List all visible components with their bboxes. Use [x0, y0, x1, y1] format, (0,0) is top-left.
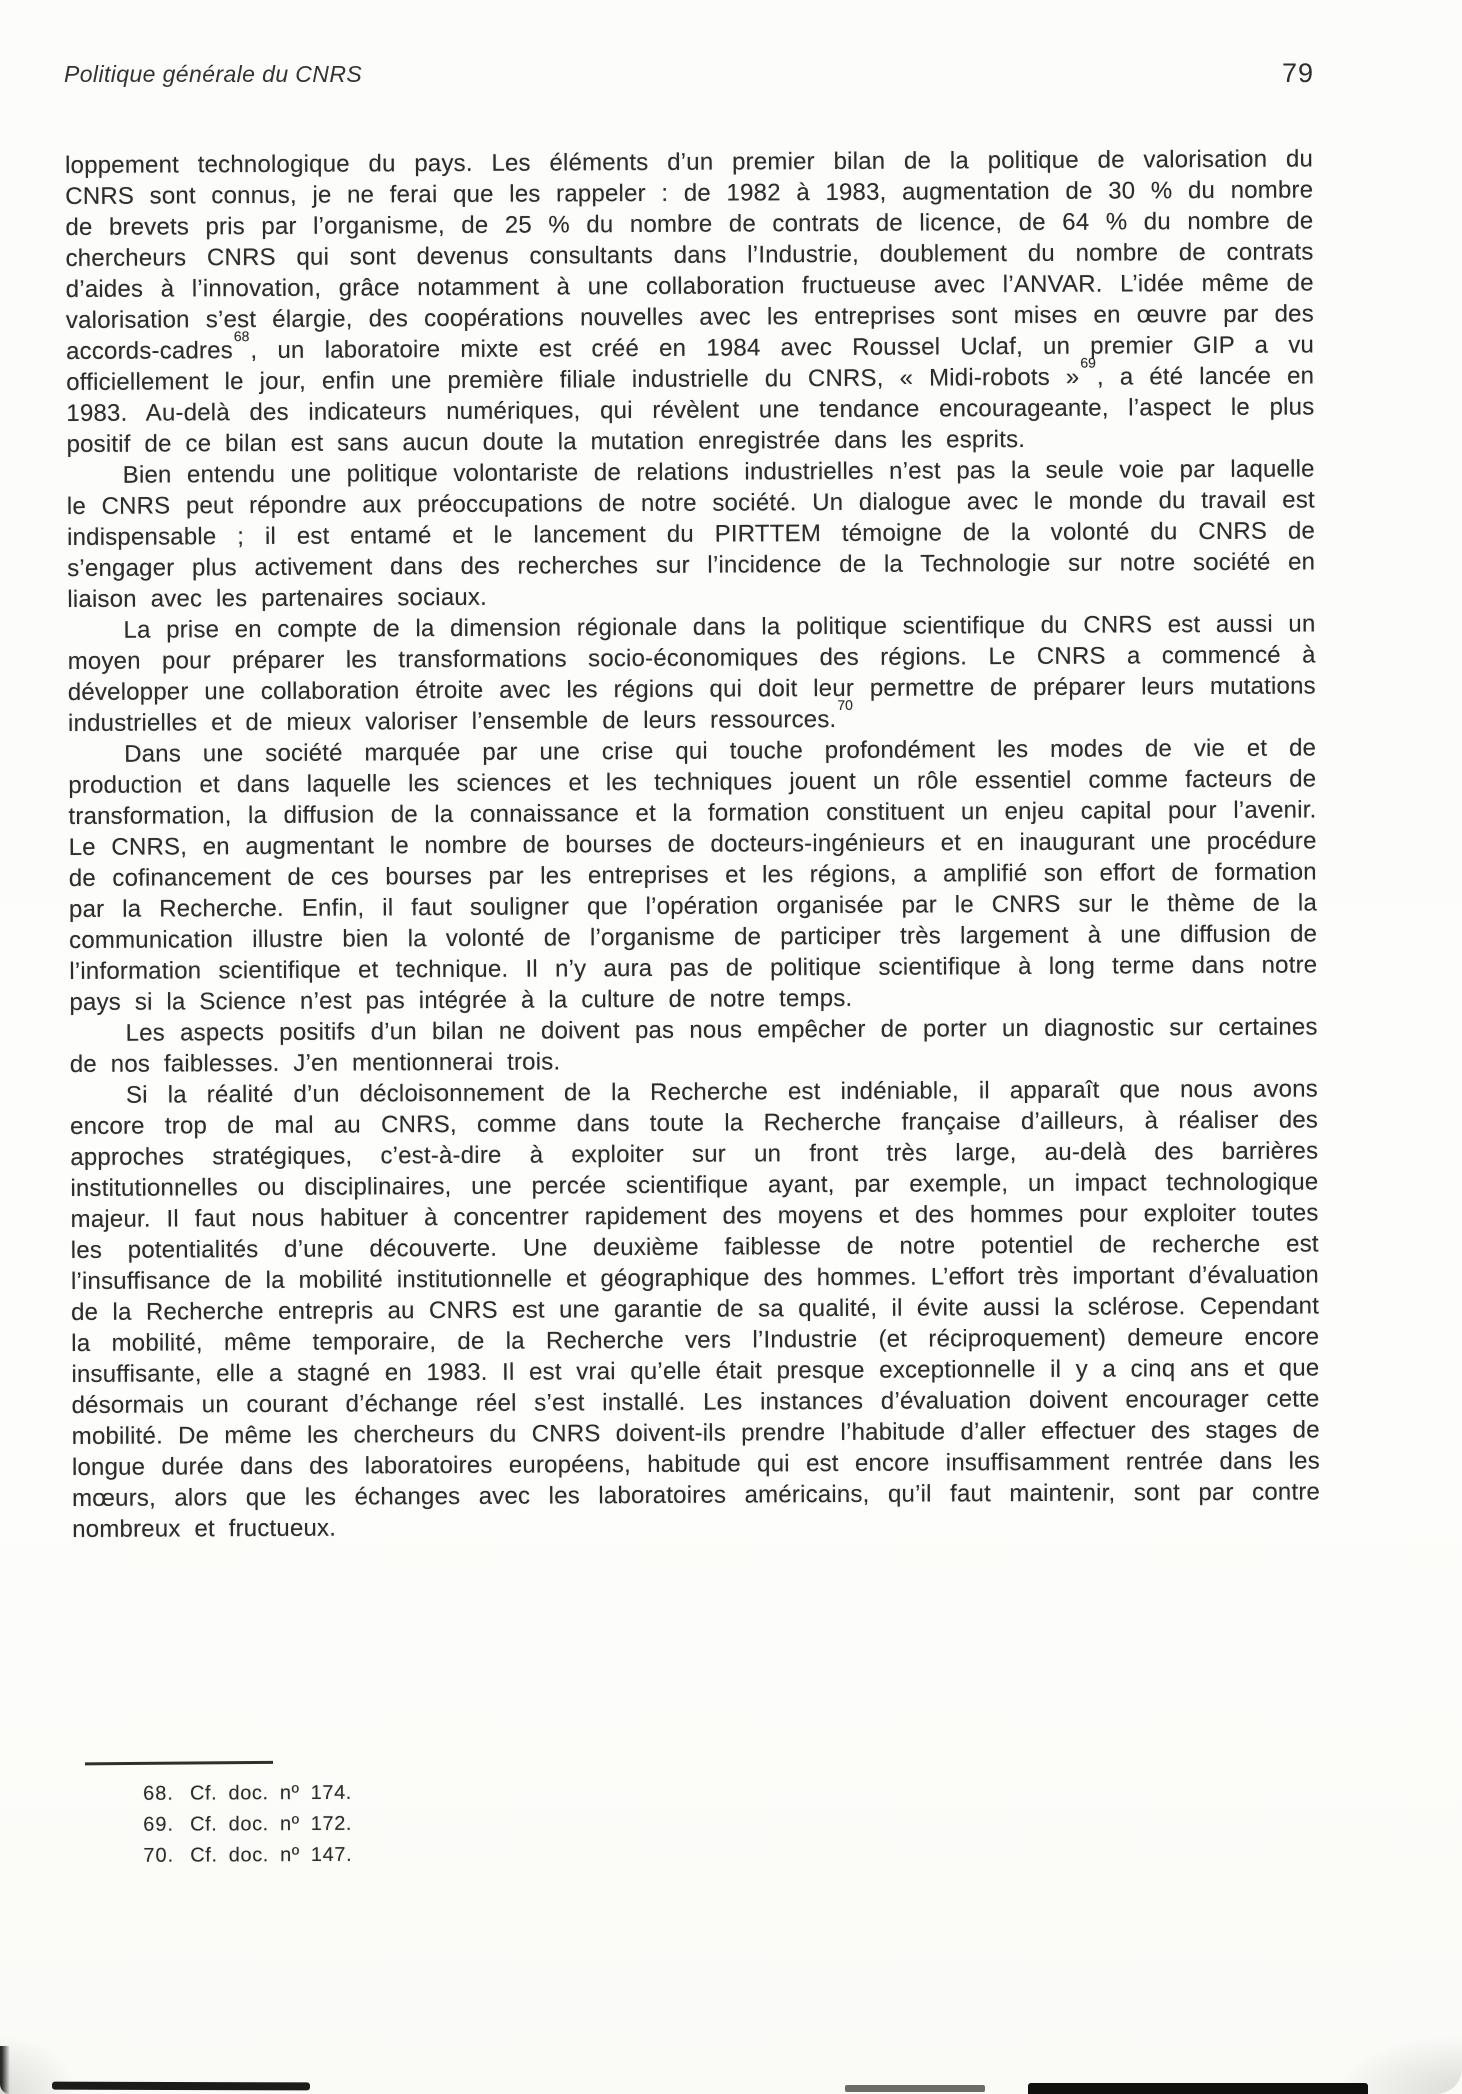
paragraph-2-text: Bien entendu une politique volontariste … [67, 455, 1315, 613]
footnote-number: 68. [143, 1783, 174, 1805]
paragraph-6: Si la réalité d’un décloisonnement de la… [70, 1073, 1320, 1545]
scanned-book-page: Politique générale du CNRS 79 loppement … [0, 0, 1462, 2094]
footnote-69: 69.Cf. doc. nº 172. [85, 1809, 352, 1841]
paragraph-4: Dans une société marquée par une crise q… [68, 732, 1317, 1018]
paragraph-5-text: Les aspects positifs d’un bilan ne doive… [70, 1013, 1318, 1078]
page-number: 79 [1282, 58, 1314, 89]
footnote-70: 70.Cf. doc. nº 147. [85, 1840, 352, 1872]
footnotes: 68.Cf. doc. nº 174. 69.Cf. doc. nº 172. … [85, 1761, 352, 1872]
footnote-separator-rule [85, 1761, 273, 1765]
running-title: Politique générale du CNRS [64, 61, 362, 88]
paragraph-6-text: Si la réalité d’un décloisonnement de la… [70, 1075, 1320, 1543]
footnote-ref-69: 69 [1079, 355, 1097, 371]
footnote-number: 70. [143, 1845, 174, 1867]
paragraph-5: Les aspects positifs d’un bilan ne doive… [70, 1011, 1318, 1080]
scan-edge-artifact [845, 2085, 985, 2092]
scan-edge-artifact [1028, 2083, 1368, 2094]
paragraph-4-text: Dans une société marquée par une crise q… [68, 734, 1317, 1016]
footnote-68: 68.Cf. doc. nº 174. [85, 1778, 352, 1810]
paragraph-1: loppement technologique du pays. Les élé… [65, 143, 1315, 460]
footnote-ref-68: 68 [233, 328, 251, 344]
paragraph-3: La prise en compte de la dimension régio… [67, 608, 1316, 739]
body-text: loppement technologique du pays. Les élé… [65, 143, 1320, 1545]
paragraph-2: Bien entendu une politique volontariste … [67, 453, 1316, 615]
running-header: Politique générale du CNRS 79 [64, 58, 1314, 89]
footnote-text: Cf. doc. nº 147. [190, 1844, 352, 1867]
footnote-ref-70: 70 [836, 697, 854, 713]
scan-corner-shade-right [1322, 2030, 1462, 2094]
footnote-number: 69. [143, 1814, 174, 1836]
footnote-text: Cf. doc. nº 172. [190, 1813, 352, 1836]
paragraph-3-text: La prise en compte de la dimension régio… [68, 610, 1316, 737]
footnote-text: Cf. doc. nº 174. [190, 1782, 352, 1805]
scan-corner-shade-left [0, 2024, 90, 2094]
scan-edge-artifact [0, 2046, 11, 2094]
scan-edge-artifact [52, 2082, 310, 2091]
